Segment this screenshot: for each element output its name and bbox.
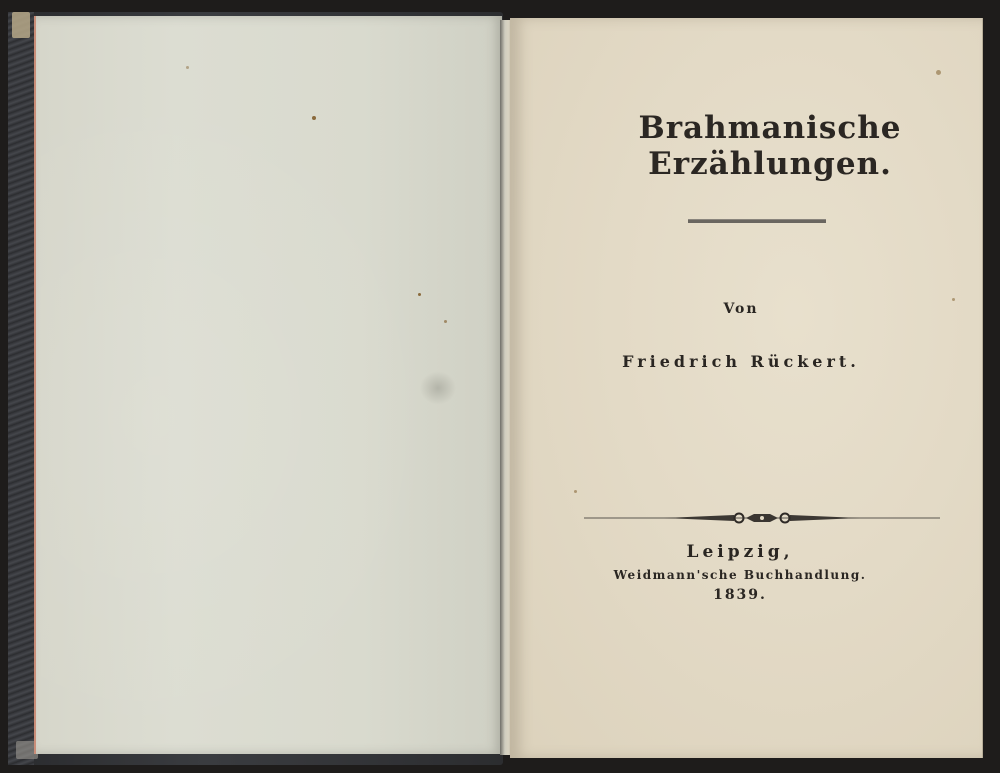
foxing-spot: [936, 70, 941, 75]
publication-place: Leipzig,: [504, 542, 976, 562]
foxing-spot: [444, 320, 447, 323]
publisher-name: Weidmann'sche Buchhandlung.: [504, 568, 976, 582]
ornamental-divider-icon: [584, 511, 940, 525]
cover-wear-top: [12, 12, 30, 38]
book-title: Brahmanische Erzählungen.: [534, 110, 1000, 182]
title-rule: [688, 219, 826, 223]
byline-prefix: Von: [505, 301, 977, 317]
title-page: Brahmanische Erzählungen. Von Friedrich …: [510, 18, 983, 758]
foxing-spot: [418, 293, 421, 296]
foxing-spot: [574, 490, 577, 493]
foxing-spot: [312, 116, 316, 120]
left-endpaper-blank-page: [34, 16, 502, 754]
author-name: Friedrich Rückert.: [505, 352, 977, 371]
foxing-spot: [952, 298, 955, 301]
publication-year: 1839.: [504, 587, 976, 603]
foxing-spot: [186, 66, 189, 69]
